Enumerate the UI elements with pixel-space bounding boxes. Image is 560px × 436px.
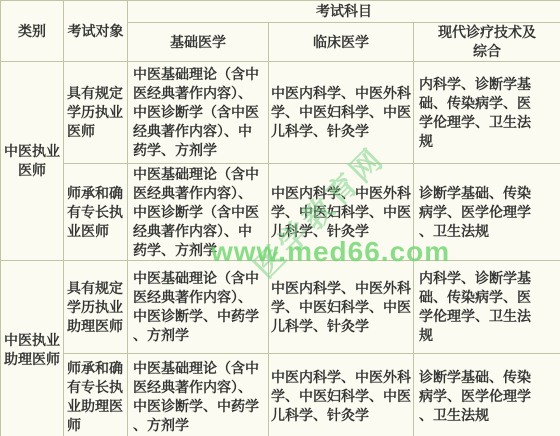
modern-tech-cell: 诊断学基础、传染病学、医学伦理学、卫生法规 — [414, 354, 560, 436]
header-category: 类别 — [1, 1, 64, 62]
exam-target-cell: 师承和确有专长执业助理医师 — [64, 354, 128, 436]
table-row: 中医执业助理医师 具有规定学历执业助理医师 中医基础理论（含中医经典著作内容）、… — [1, 261, 560, 354]
basic-medicine-cell: 中医基础理论（含中医经典著作内容）、中医诊断学（含中医经典著作内容）、中药学、方… — [128, 164, 269, 261]
clinical-medicine-cell: 中医内科学、中医外科学、中医妇科学、中医儿科学、针灸学 — [269, 164, 414, 261]
header-exam-target: 考试对象 — [64, 1, 128, 62]
exam-subjects-page: 类别 考试对象 考试科目 基础医学 临床医学 现代诊疗技术及综合 中医执业医师 … — [0, 0, 560, 436]
basic-medicine-cell: 中医基础理论（含中医经典著作内容）、中医诊断学、中药学、方剂学 — [128, 261, 269, 354]
header-modern-tech: 现代诊疗技术及综合 — [414, 23, 560, 62]
header-clinical-medicine: 临床医学 — [269, 23, 414, 62]
exam-target-cell: 具有规定学历执业助理医师 — [64, 261, 128, 354]
basic-medicine-cell: 中医基础理论（含中医经典著作内容）、中医诊断学（含中医经典著作内容）、中药学、方… — [128, 62, 269, 164]
exam-target-cell: 具有规定学历执业医师 — [64, 62, 128, 164]
exam-target-cell: 师承和确有专长执业医师 — [64, 164, 128, 261]
modern-tech-cell: 内科学、诊断学基础、传染病学、医学伦理学、卫生法规 — [414, 62, 560, 164]
header-basic-medicine: 基础医学 — [128, 23, 269, 62]
table-row: 师承和确有专长执业医师 中医基础理论（含中医经典著作内容）、中医诊断学（含中医经… — [1, 164, 560, 261]
clinical-medicine-cell: 中医内科学、中医外科学、中医妇科学、中医儿科学、针灸学 — [269, 62, 414, 164]
table-row: 师承和确有专长执业助理医师 中医基础理论（含中医经典著作内容）、中医诊断学、中药… — [1, 354, 560, 436]
clinical-medicine-cell: 中医内科学、中医外科学、中医妇科学、中医儿科学、针灸学 — [269, 261, 414, 354]
table-row: 中医执业医师 具有规定学历执业医师 中医基础理论（含中医经典著作内容）、中医诊断… — [1, 62, 560, 164]
header-modern-tech-label: 现代诊疗技术及综合 — [435, 23, 540, 61]
category-cell-assistant: 中医执业助理医师 — [1, 261, 64, 436]
modern-tech-cell: 诊断学基础、传染病学、医学伦理学、卫生法规 — [414, 164, 560, 261]
basic-medicine-cell: 中医基础理论（含中医经典著作内容）、中医诊断学、中药学、方剂学 — [128, 354, 269, 436]
modern-tech-cell: 内科学、诊断学基础、传染病学、医学伦理学、卫生法规 — [414, 261, 560, 354]
category-cell-practicing: 中医执业医师 — [1, 62, 64, 261]
exam-subjects-table: 类别 考试对象 考试科目 基础医学 临床医学 现代诊疗技术及综合 中医执业医师 … — [0, 0, 560, 436]
header-exam-subjects: 考试科目 — [128, 1, 560, 23]
clinical-medicine-cell: 中医内科学、中医外科学、中医妇科学、中医儿科学、针灸学 — [269, 354, 414, 436]
